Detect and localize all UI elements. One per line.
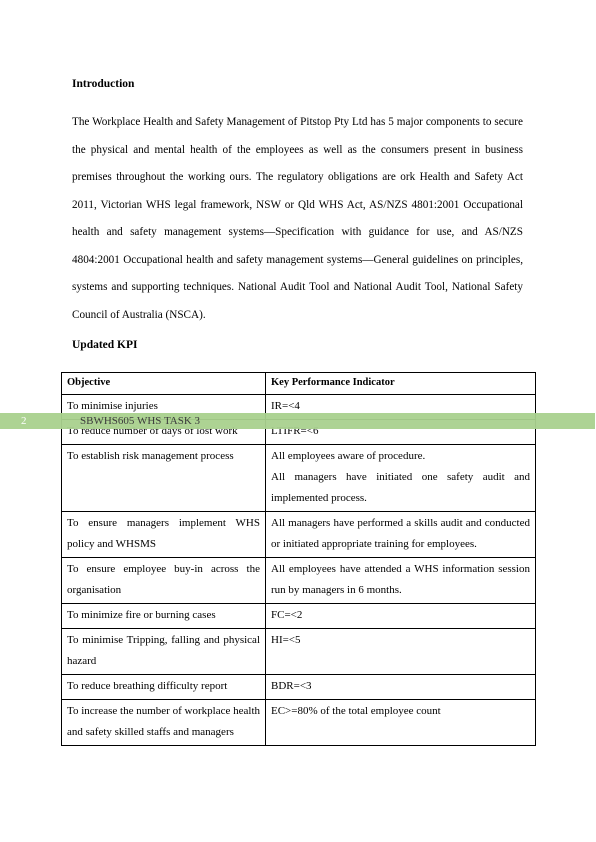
- page-number: 2: [21, 413, 27, 429]
- kpi-cell: All managers have performed a skills aud…: [266, 512, 536, 558]
- kpi-text: All employees have attended a WHS inform…: [271, 559, 530, 601]
- kpi-cell: HI=<5: [266, 629, 536, 675]
- kpi-cell: All employees aware of procedure.All man…: [266, 445, 536, 512]
- table-row: To minimize fire or burning casesFC=<2: [62, 604, 536, 629]
- kpi-cell: All employees have attended a WHS inform…: [266, 558, 536, 604]
- page-header-band: 2 SBWHS605 WHS TASK 3: [0, 413, 595, 429]
- objective-cell: To ensure employee buy-in across the org…: [62, 558, 266, 604]
- objective-cell: To minimize fire or burning cases: [62, 604, 266, 629]
- kpi-text: HI=<5: [271, 630, 530, 651]
- table-row: To reduce breathing difficulty reportBDR…: [62, 675, 536, 700]
- column-header-objective: Objective: [62, 373, 266, 395]
- kpi-text: EC>=80% of the total employee count: [271, 701, 530, 722]
- kpi-text: All managers have initiated one safety a…: [271, 467, 530, 509]
- table-row: To increase the number of workplace heal…: [62, 700, 536, 746]
- kpi-text: All managers have performed a skills aud…: [271, 513, 530, 555]
- objective-cell: To establish risk management process: [62, 445, 266, 512]
- table-header-row: Objective Key Performance Indicator: [62, 373, 536, 395]
- objective-cell: To minimise Tripping, falling and physic…: [62, 629, 266, 675]
- objective-cell: To increase the number of workplace heal…: [62, 700, 266, 746]
- kpi-cell: EC>=80% of the total employee count: [266, 700, 536, 746]
- column-header-kpi: Key Performance Indicator: [266, 373, 536, 395]
- kpi-cell: BDR=<3: [266, 675, 536, 700]
- kpi-cell: FC=<2: [266, 604, 536, 629]
- objective-cell: To reduce breathing difficulty report: [62, 675, 266, 700]
- kpi-text: FC=<2: [271, 605, 530, 626]
- kpi-text: All employees aware of procedure.: [271, 446, 530, 467]
- introduction-paragraph: The Workplace Health and Safety Manageme…: [72, 109, 523, 329]
- table-row: To establish risk management processAll …: [62, 445, 536, 512]
- page-header-title: SBWHS605 WHS TASK 3: [80, 413, 200, 429]
- updated-kpi-heading: Updated KPI: [72, 339, 138, 351]
- table-row: To ensure managers implement WHS policy …: [62, 512, 536, 558]
- table-row: To ensure employee buy-in across the org…: [62, 558, 536, 604]
- introduction-heading: Introduction: [72, 78, 134, 90]
- kpi-text: BDR=<3: [271, 676, 530, 697]
- table-row: To minimise Tripping, falling and physic…: [62, 629, 536, 675]
- objective-cell: To ensure managers implement WHS policy …: [62, 512, 266, 558]
